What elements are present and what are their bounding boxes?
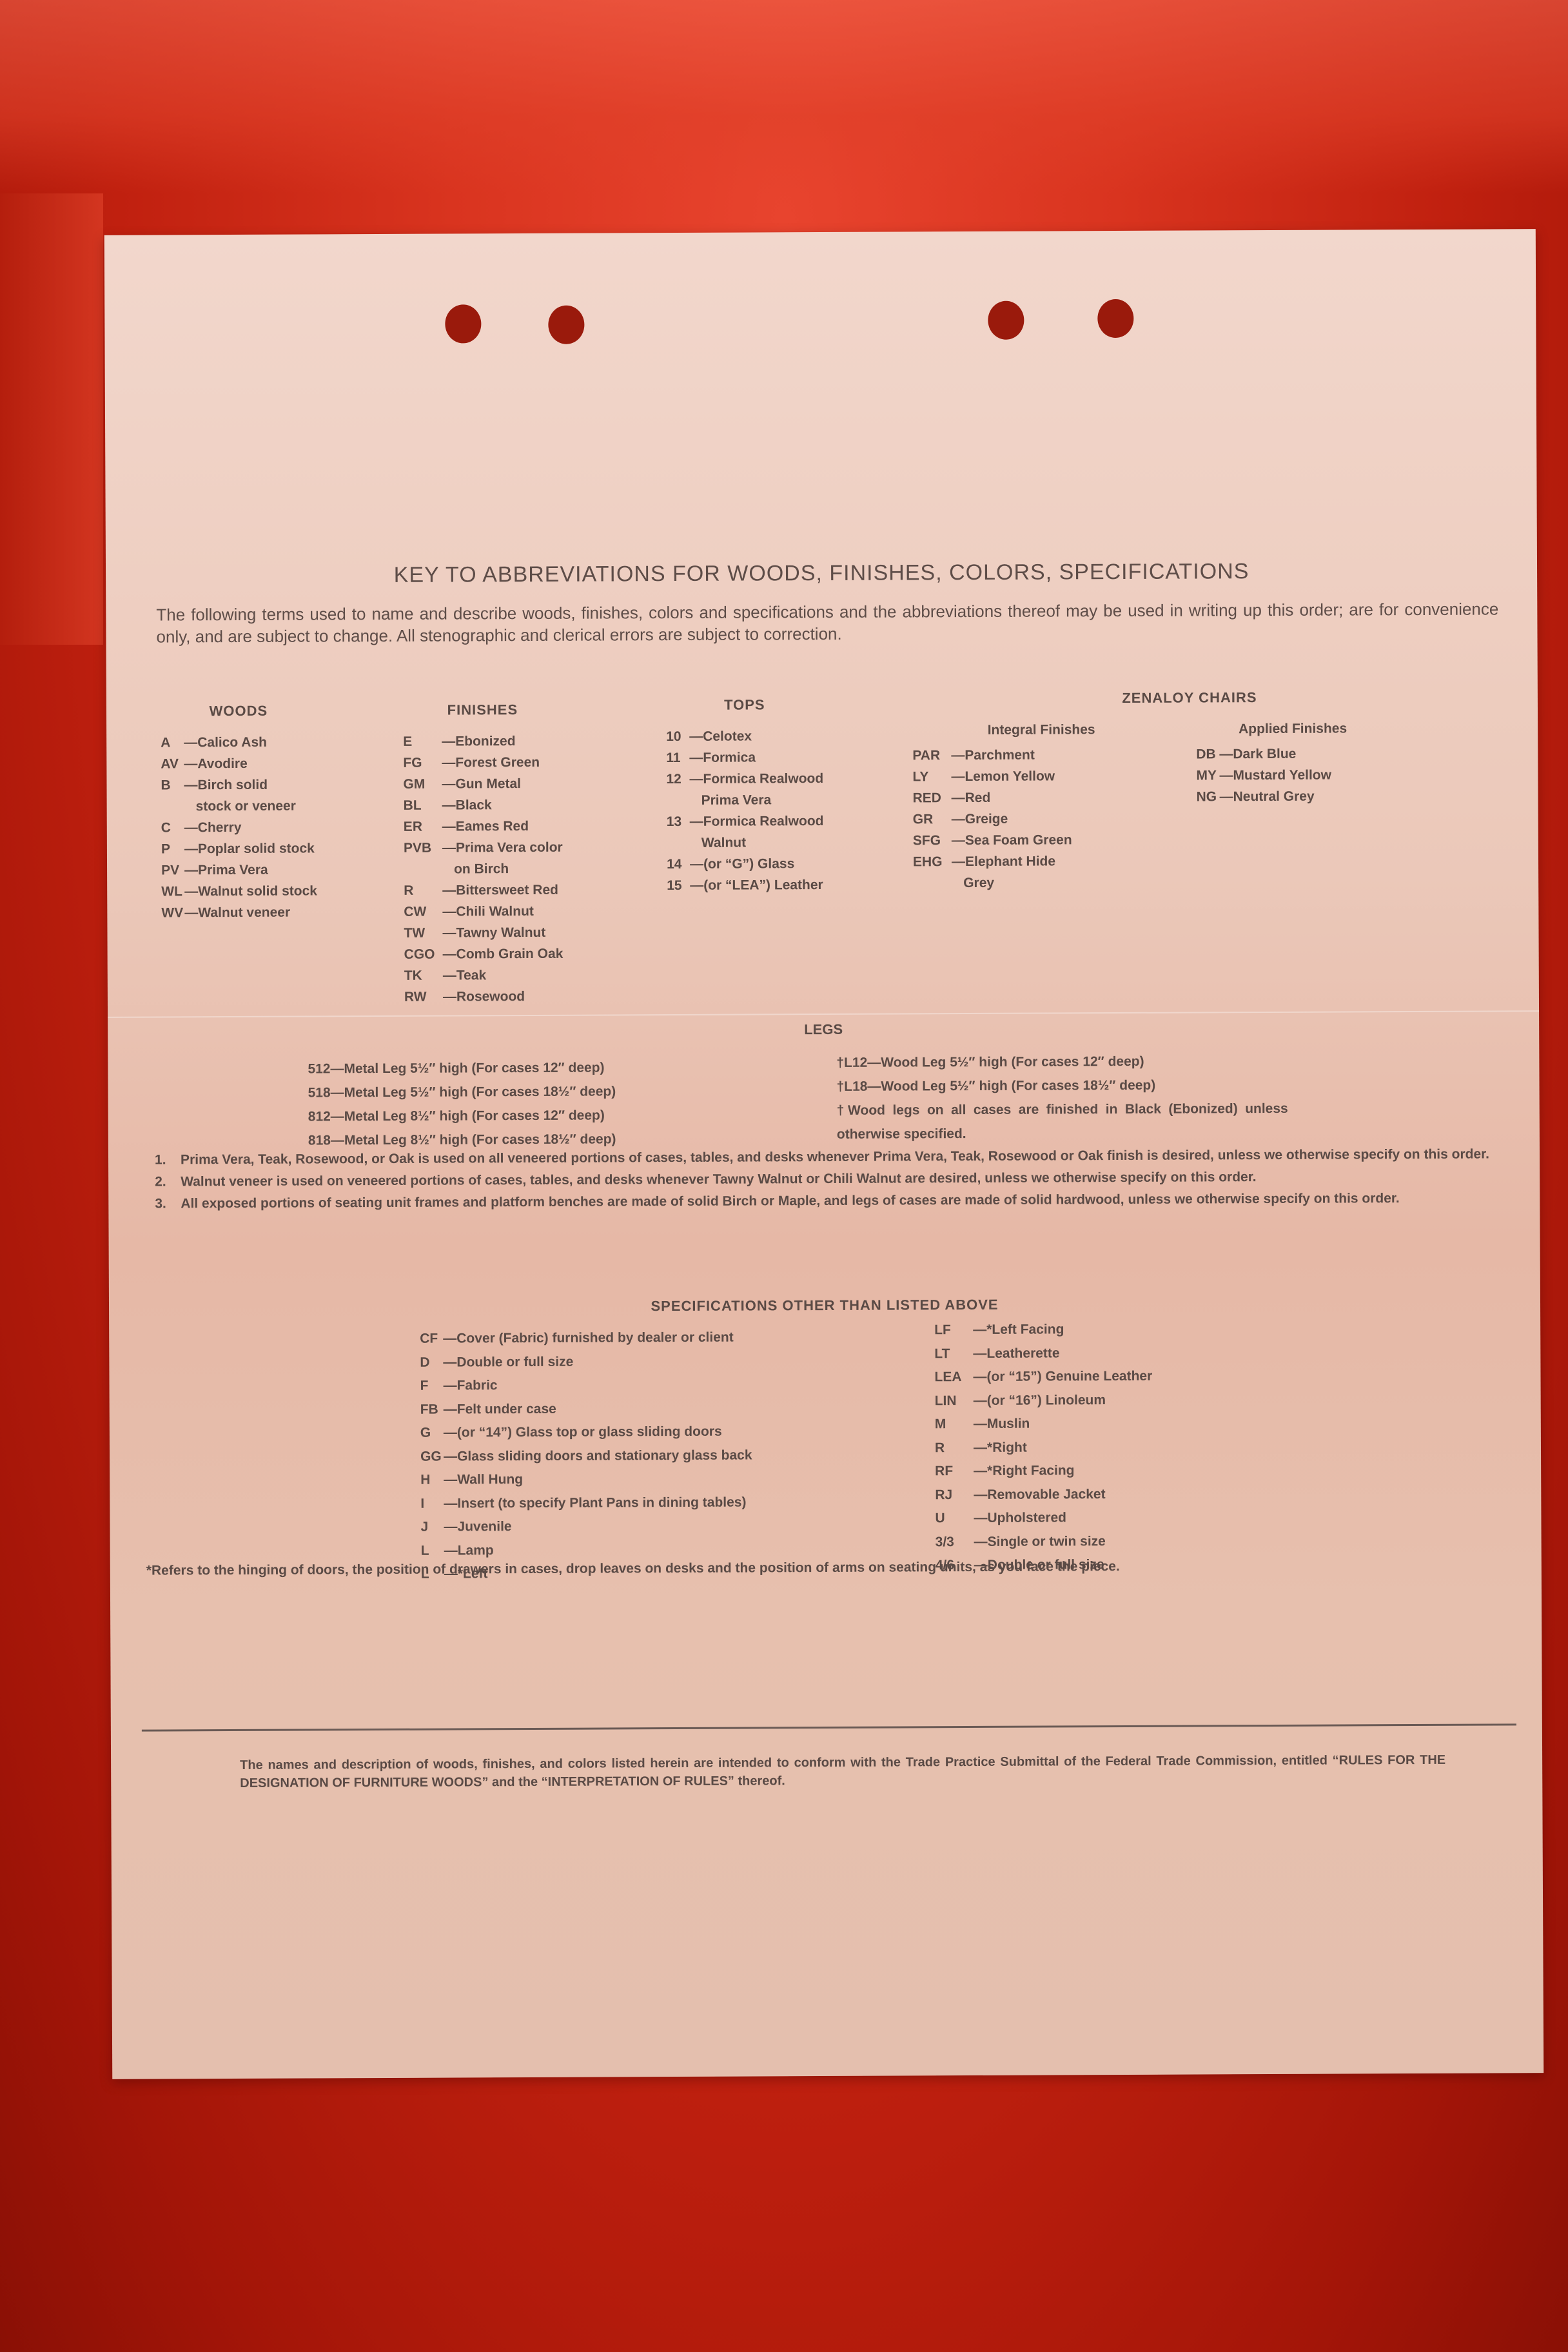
abbreviation-code: D [420, 1351, 443, 1375]
abbreviation-code: 11 [666, 747, 689, 769]
integral-finishes-heading: Integral Finishes [912, 719, 1170, 741]
integral-finish-item: RED—Red [913, 787, 1171, 809]
finish-item: ER—Eames Red [404, 816, 563, 838]
abbreviation-code: P [161, 838, 184, 859]
abbreviation-label: —Dark Blue [1219, 743, 1296, 765]
specification-item: RF—*Right Facing [935, 1459, 1153, 1484]
abbreviation-label: —Formica Realwood [689, 768, 823, 790]
abbreviation-code: BL [404, 795, 442, 816]
abbreviation-label: Prima Vera [690, 789, 772, 811]
abbreviation-label: —Poplar solid stock [184, 838, 315, 859]
note-number: 2. [155, 1172, 181, 1191]
abbreviation-code: RW [404, 986, 443, 1008]
finishes-heading: FINISHES [403, 699, 562, 721]
abbreviation-code: WV [161, 902, 184, 923]
abbreviation-code [667, 832, 690, 854]
abbreviation-label: —Leatherette [973, 1342, 1059, 1366]
tops-heading: TOPS [666, 694, 823, 716]
intro-paragraph: The following terms used to name and des… [156, 598, 1498, 647]
abbreviation-label: —Bittersweet Red [442, 879, 558, 901]
abbreviation-label: —Cherry [184, 817, 242, 838]
specification-item: H—Wall Hung [420, 1467, 752, 1492]
abbreviation-label: —Prima Vera color [442, 837, 563, 859]
abbreviation-code: 12 [666, 769, 689, 790]
abbreviation-label: —Wall Hung [444, 1468, 523, 1492]
top-item: 11—Formica [666, 747, 823, 769]
divider-rule [142, 1723, 1516, 1731]
wood-item: A—Calico Ash [161, 731, 317, 753]
abbreviation-code: A [161, 732, 184, 753]
abbreviation-label: —Chili Walnut [442, 901, 534, 923]
note-text: All exposed portions of seating unit fra… [181, 1188, 1506, 1213]
abbreviation-label: —Felt under case [444, 1397, 556, 1421]
abbreviation-code: 3/3 [936, 1530, 974, 1554]
finish-item: TK—Teak [404, 965, 563, 986]
abbreviation-code: CF [420, 1328, 443, 1351]
abbreviation-label: —Gun Metal [442, 773, 521, 795]
abbreviation-code: F [420, 1375, 443, 1398]
abbreviation-code [161, 796, 184, 817]
ftc-statement: The names and description of woods, fini… [240, 1751, 1445, 1792]
abbreviation-code: MY [1196, 765, 1219, 786]
specification-item: FB—Felt under case [420, 1396, 752, 1422]
abbreviation-code: 14 [667, 854, 690, 875]
top-item: Prima Vera [667, 789, 824, 811]
wood-item: C—Cherry [161, 816, 317, 838]
abbreviation-code: 10 [666, 726, 689, 747]
zenaloy-heading: ZENALOY CHAIRS [912, 686, 1467, 710]
abbreviation-label: —(or “14”) Glass top or glass sliding do… [444, 1420, 722, 1445]
abbreviation-label: —Single or twin size [974, 1530, 1106, 1554]
abbreviation-label: —(or “15”) Genuine Leather [973, 1365, 1152, 1389]
abbreviation-code: R [404, 880, 442, 901]
note-number: 1. [155, 1150, 181, 1170]
finish-item: CW—Chili Walnut [404, 901, 563, 923]
abbreviation-code: L [421, 1539, 444, 1563]
punch-hole [548, 306, 584, 344]
abbreviation-code: M [935, 1413, 974, 1436]
specification-item: U—Upholstered [935, 1506, 1153, 1531]
abbreviation-label: Grey [952, 872, 994, 894]
abbreviation-label: —*Right [974, 1436, 1027, 1460]
specification-item: G—(or “14”) Glass top or glass sliding d… [420, 1420, 752, 1445]
fold-crease [108, 1010, 1539, 1018]
abbreviation-code: GR [913, 808, 952, 830]
abbreviation-label: —Lemon Yellow [951, 765, 1055, 787]
abbreviation-label: —Teak [443, 965, 486, 986]
woods-heading: WOODS [161, 700, 317, 721]
abbreviation-label: —Forest Green [442, 752, 540, 774]
abbreviation-label: —Walnut solid stock [184, 880, 317, 902]
specification-item: F—Fabric [420, 1373, 752, 1398]
abbreviation-label: stock or veneer [184, 796, 296, 818]
abbreviation-code: RJ [935, 1483, 974, 1507]
page-title: KEY TO ABBREVIATIONS FOR WOODS, FINISHES… [106, 558, 1537, 589]
abbreviation-label: —Muslin [974, 1413, 1030, 1436]
abbreviation-code: G [420, 1422, 444, 1445]
abbreviation-label: —Parchment [951, 745, 1035, 767]
punch-hole [988, 301, 1024, 340]
abbreviation-code: RED [913, 787, 952, 808]
abbreviation-code: NG [1197, 786, 1220, 807]
integral-finish-item: PAR—Parchment [912, 744, 1170, 767]
abbreviation-code: WL [161, 881, 184, 902]
abbreviation-label: —Red [952, 787, 991, 808]
note-item: 2.Walnut veneer is used on veneered port… [155, 1166, 1506, 1191]
abbreviation-code: 13 [667, 811, 690, 832]
note-text: Walnut veneer is used on veneered portio… [181, 1166, 1506, 1191]
specification-item: L—Lamp [421, 1538, 753, 1563]
abbreviation-label: —(or “LEA”) Leather [690, 874, 823, 896]
specification-item: I—Insert (to specify Plant Pans in dinin… [420, 1491, 752, 1516]
abbreviation-label: —Cover (Fabric) furnished by dealer or c… [443, 1326, 734, 1351]
specifications-right-list: LF—*Left FacingLT—LeatheretteLEA—(or “15… [934, 1318, 1153, 1578]
abbreviation-label: Walnut [690, 832, 746, 854]
top-item: 13—Formica Realwood [667, 810, 824, 832]
abbreviation-code: EHG [913, 851, 952, 872]
top-item: 15—(or “LEA”) Leather [667, 874, 824, 896]
abbreviation-label: —Double or full size [443, 1350, 573, 1374]
abbreviation-label: —Avodire [184, 753, 248, 774]
wood-item: PV—Prima Vera [161, 859, 317, 881]
abbreviation-code: B [161, 774, 184, 796]
wood-item: stock or veneer [161, 795, 317, 817]
specification-item: GG—Glass sliding doors and stationary gl… [420, 1444, 752, 1469]
abbreviation-label: —Birch solid [184, 774, 268, 796]
integral-finish-item: LY—Lemon Yellow [912, 765, 1170, 788]
abbreviation-code: U [935, 1507, 974, 1531]
specification-item: LF—*Left Facing [934, 1318, 1152, 1342]
abbreviation-label: —(or “16”) Linoleum [974, 1389, 1106, 1413]
abbreviation-code: E [403, 731, 442, 752]
finish-item: E—Ebonized [403, 730, 562, 752]
abbreviation-label: —Insert (to specify Plant Pans in dining… [444, 1491, 746, 1516]
abbreviation-label: —Calico Ash [184, 732, 267, 754]
abbreviation-label: —Celotex [689, 725, 752, 747]
tops-column: TOPS 10—Celotex11—Formica12—Formica Real… [666, 694, 824, 896]
abbreviation-code: R [935, 1436, 974, 1460]
note-item: 3.All exposed portions of seating unit f… [155, 1188, 1506, 1213]
integral-finish-item: Grey [913, 872, 1171, 894]
integral-finish-item: EHG—Elephant Hide [913, 850, 1171, 873]
abbreviation-code: PVB [404, 838, 442, 859]
abbreviation-label: on Birch [442, 858, 509, 879]
abbreviation-label: —Black [442, 794, 492, 816]
abbreviation-code: SFG [913, 830, 952, 851]
wood-item: B—Birch solid [161, 774, 317, 796]
wood-legs-list: †L12—Wood Leg 5½″ high (For cases 12″ de… [836, 1049, 1288, 1146]
specifications-left-list: CF—Cover (Fabric) furnished by dealer or… [420, 1326, 752, 1586]
abbreviation-label: —Formica Realwood [690, 810, 824, 832]
abbreviation-code: 15 [667, 875, 690, 896]
abbreviation-label: —Juvenile [444, 1515, 511, 1539]
abbreviation-label: —Prima Vera [184, 859, 268, 881]
abbreviation-code: DB [1196, 743, 1219, 765]
specification-item: LEA—(or “15”) Genuine Leather [934, 1365, 1152, 1389]
punch-hole [445, 304, 481, 343]
abbreviation-code [667, 790, 690, 811]
applied-finish-item: MY—Mustard Yellow [1196, 764, 1389, 786]
top-item: 10—Celotex [666, 725, 823, 747]
abbreviation-label: —Tawny Walnut [442, 922, 545, 944]
abbreviation-code: C [161, 817, 184, 838]
abbreviation-code: LF [934, 1318, 973, 1342]
legs-heading: LEGS [108, 1018, 1539, 1041]
specification-item: M—Muslin [935, 1412, 1153, 1436]
applied-finish-item: DB—Dark Blue [1196, 743, 1389, 765]
abbreviation-code: LEA [934, 1366, 973, 1389]
abbreviation-code: TK [404, 965, 443, 986]
metal-legs-list: 512—Metal Leg 5½″ high (For cases 12″ de… [308, 1055, 616, 1152]
abbreviation-code: LIN [935, 1389, 974, 1413]
specification-item: D—Double or full size [420, 1349, 752, 1375]
numbered-notes: 1.Prima Vera, Teak, Rosewood, or Oak is … [155, 1144, 1506, 1216]
abbreviation-code: CGO [404, 944, 443, 965]
abbreviation-label: —Greige [952, 808, 1008, 830]
abbreviation-label: —Neutral Grey [1220, 786, 1315, 808]
abbreviation-label: —Formica [689, 747, 756, 768]
leather-fold [0, 193, 103, 645]
finish-item: BL—Black [404, 794, 563, 816]
zenaloy-column: ZENALOY CHAIRS Integral Finishes PAR—Par… [912, 686, 1467, 894]
finishes-column: FINISHES E—EbonizedFG—Forest GreenGM—Gun… [403, 699, 563, 1008]
specification-item: LIN—(or “16”) Linoleum [935, 1388, 1153, 1413]
finish-item: PVB—Prima Vera color [404, 837, 563, 859]
abbreviation-label: —*Right Facing [974, 1459, 1075, 1483]
finish-item: CGO—Comb Grain Oak [404, 943, 563, 965]
woods-column: WOODS A—Calico AshAV—AvodireB—Birch soli… [161, 700, 317, 923]
abbreviation-label: —Lamp [444, 1539, 494, 1563]
abbreviation-code: PAR [912, 745, 951, 766]
order-form-sheet: KEY TO ABBREVIATIONS FOR WOODS, FINISHES… [104, 229, 1543, 2079]
abbreviation-label: —(or “G”) Glass [690, 853, 794, 875]
wood-item: P—Poplar solid stock [161, 838, 317, 859]
finish-item: RW—Rosewood [404, 986, 563, 1008]
abbreviation-code: GM [403, 774, 442, 795]
applied-finish-item: NG—Neutral Grey [1197, 785, 1390, 807]
specification-item: CF—Cover (Fabric) furnished by dealer or… [420, 1326, 752, 1351]
wood-item: WV—Walnut veneer [161, 901, 317, 923]
integral-finish-item: GR—Greige [913, 808, 1171, 830]
integral-finish-item: SFG—Sea Foam Green [913, 829, 1171, 852]
abbreviation-label: —Ebonized [442, 730, 515, 752]
abbreviation-code: GG [420, 1445, 444, 1469]
abbreviation-label: —Mustard Yellow [1219, 765, 1331, 787]
footnote: *Refers to the hinging of doors, the pos… [146, 1557, 1516, 1578]
finish-item: FG—Forest Green [403, 752, 562, 774]
specification-item: RJ—Removable Jacket [935, 1482, 1153, 1507]
abbreviation-label: —Sea Foam Green [952, 829, 1072, 851]
abbreviation-label: —Glass sliding doors and stationary glas… [444, 1444, 752, 1469]
abbreviation-code: PV [161, 859, 184, 881]
specification-item: J—Juvenile [420, 1514, 752, 1539]
specifications-heading: SPECIFICATIONS OTHER THAN LISTED ABOVE [109, 1294, 1540, 1317]
abbreviation-label: —Eames Red [442, 816, 529, 838]
finish-item: on Birch [404, 858, 563, 880]
metal-leg-item: 518—Metal Leg 5½″ high (For cases 18½″ d… [308, 1079, 616, 1104]
abbreviation-label: —Walnut veneer [184, 902, 290, 924]
punch-hole [1097, 299, 1133, 338]
abbreviation-code: J [420, 1516, 444, 1540]
abbreviation-code: FB [420, 1398, 444, 1422]
wood-item: AV—Avodire [161, 752, 317, 774]
wood-leg-item: †Wood legs on all cases are finished in … [837, 1097, 1288, 1146]
wood-item: WL—Walnut solid stock [161, 880, 317, 902]
abbreviation-label: —Rosewood [443, 986, 525, 1008]
abbreviation-label: —*Left Facing [973, 1318, 1064, 1342]
top-item: 14—(or “G”) Glass [667, 853, 824, 875]
finish-item: R—Bittersweet Red [404, 879, 563, 901]
specification-item: 3/3—Single or twin size [936, 1529, 1153, 1554]
abbreviation-code: H [420, 1469, 444, 1493]
finish-item: GM—Gun Metal [403, 773, 562, 795]
abbreviation-code: ER [404, 816, 442, 838]
abbreviation-code: CW [404, 901, 442, 923]
abbreviation-label: —Removable Jacket [974, 1483, 1105, 1507]
top-item: Walnut [667, 832, 824, 854]
abbreviation-label: —Upholstered [974, 1506, 1066, 1530]
wood-leg-item: †L12—Wood Leg 5½″ high (For cases 12″ de… [836, 1049, 1288, 1075]
abbreviation-code: LY [912, 766, 951, 787]
specification-item: LT—Leatherette [934, 1341, 1152, 1366]
note-number: 3. [155, 1194, 181, 1213]
top-item: 12—Formica Realwood [666, 768, 823, 790]
abbreviation-label: —Fabric [443, 1374, 497, 1398]
applied-finishes-heading: Applied Finishes [1196, 718, 1389, 740]
abbreviation-code: RF [935, 1460, 974, 1484]
abbreviation-label: —Comb Grain Oak [443, 943, 563, 965]
abbreviation-code: TW [404, 923, 442, 944]
abbreviation-code: I [420, 1492, 444, 1516]
metal-leg-item: 512—Metal Leg 5½″ high (For cases 12″ de… [308, 1055, 616, 1081]
abbreviation-code [404, 859, 442, 880]
abbreviation-code [913, 872, 952, 894]
abbreviation-label: —Elephant Hide [952, 850, 1055, 872]
metal-leg-item: 812—Metal Leg 8½″ high (For cases 12″ de… [308, 1103, 616, 1128]
leather-background-top [0, 0, 1568, 193]
abbreviation-code: AV [161, 753, 184, 774]
specification-item: R—*Right [935, 1435, 1153, 1460]
wood-leg-item: †L18—Wood Leg 5½″ high (For cases 18½″ d… [836, 1073, 1288, 1099]
abbreviation-code: FG [403, 752, 442, 774]
abbreviation-code: LT [934, 1342, 973, 1366]
finish-item: TW—Tawny Walnut [404, 922, 563, 944]
